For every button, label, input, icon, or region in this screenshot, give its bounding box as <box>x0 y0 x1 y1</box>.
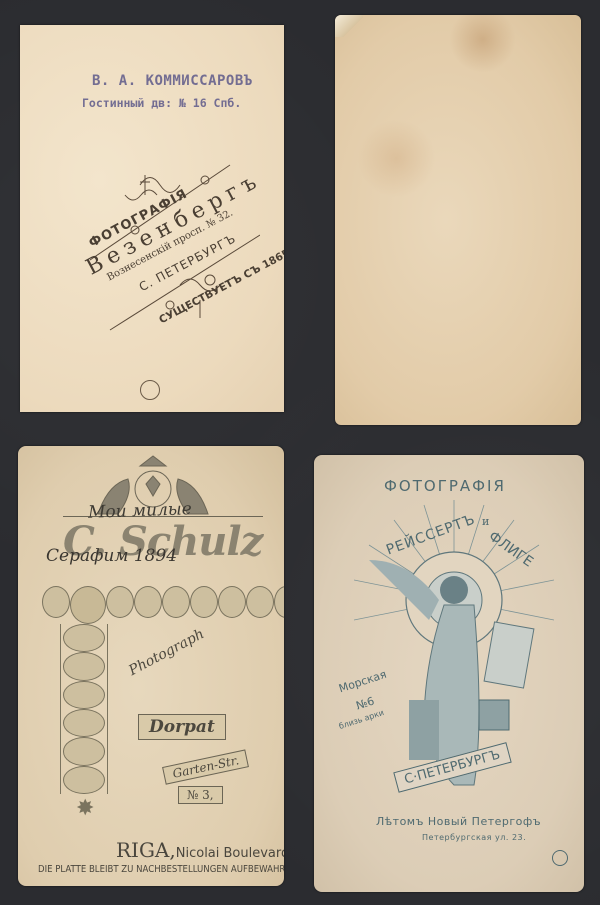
ink-stamp-address: Гостинный дв: № 16 Спб. <box>82 96 241 110</box>
summer-location: Лѣтомъ Новый Петергофъ <box>376 815 541 828</box>
printer-seal-icon <box>140 380 160 400</box>
title-fotografiya: ФОТОГРАФІЯ <box>384 477 506 495</box>
photo-card-reissert-flige: ФОТОГРАФІЯ РЕЙССЕРТЪ и ФЛИГЕ Морская №6 … <box>314 455 584 892</box>
studio-name-conj: и <box>482 515 489 528</box>
ribbon-number: № 3, <box>178 786 223 804</box>
ribbon-city: Dorpat <box>138 714 226 740</box>
label-photograph: Photograph <box>126 626 207 679</box>
footer-note: DIE PLATTE BLEIBT ZU NACHBESTELLUNGEN AU… <box>38 864 284 875</box>
printer-seal-icon <box>552 850 568 866</box>
medals-column <box>60 624 108 794</box>
branch-address: RIGA,Nicolai Boulevard. <box>116 838 284 862</box>
photo-card-schulz: Мои милые C. Schulz Серафим 1894 ✸ Photo… <box>18 446 284 886</box>
ribbon-street: Garten-Str. <box>162 749 249 784</box>
photo-card-blank <box>335 15 581 425</box>
torn-corner <box>335 15 363 37</box>
photo-card-wesenberg: В. А. КОММИССАРОВЪ Гостинный дв: № 16 Сп… <box>20 25 284 412</box>
ink-stamp-name: В. А. КОММИССАРОВЪ <box>92 73 253 89</box>
handwriting-line-2: Серафим 1894 <box>46 546 177 566</box>
medals-row <box>42 586 284 624</box>
summer-address: Петербургская ул. 23. <box>422 833 526 842</box>
star-order-icon: ✸ <box>76 796 94 821</box>
